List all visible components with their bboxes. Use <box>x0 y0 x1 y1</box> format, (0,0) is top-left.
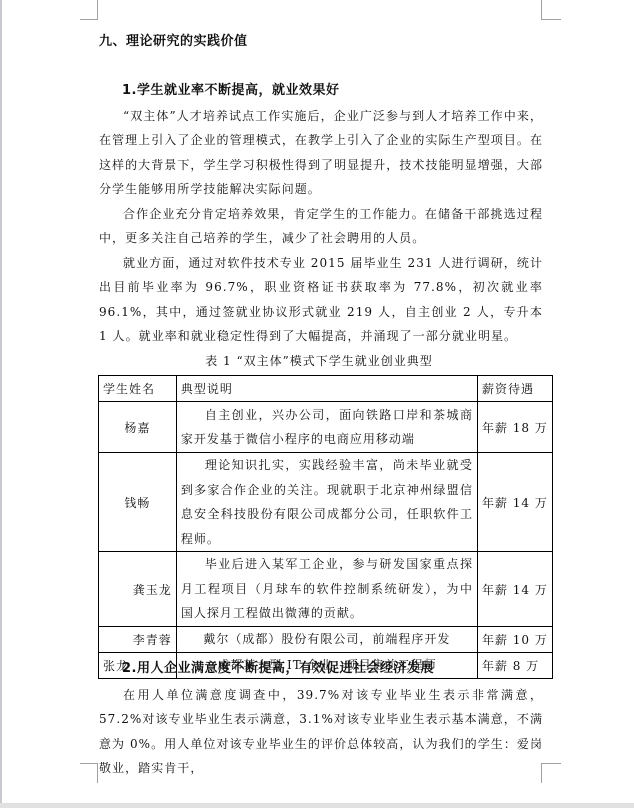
cell-salary: 年薪 14 万 <box>477 552 552 627</box>
column-header-name: 学生姓名 <box>99 376 177 402</box>
cell-name: 李青蓉 <box>99 627 177 653</box>
document-page: 九、理论研究的实践价值 1.学生就业率不断提高，就业效果好 “双主体”人才培养试… <box>0 0 634 803</box>
subsection-title-1: 1.学生就业率不断提高，就业效果好 <box>122 79 339 98</box>
cell-description: 毕业后进入某军工企业，参与研发国家重点探月工程项目（月球车的软件控制系统研发），… <box>176 552 477 627</box>
table-row: 杨嘉 自主创业，兴办公司，面向铁路口岸和茶城商家开发基于微信小程序的电商应用移动… <box>99 402 553 453</box>
body-paragraph: “双主体”人才培养试点工作实施后，企业广泛参与到人才培养工作中来，在管理上引入了… <box>99 104 543 202</box>
employment-typical-table: 学生姓名 典型说明 薪资待遇 杨嘉 自主创业，兴办公司，面向铁路口岸和茶城商家开… <box>98 375 553 679</box>
cell-name: 龚玉龙 <box>99 552 177 627</box>
column-header-salary: 薪资待遇 <box>477 376 552 402</box>
cell-description: 自主创业，兴办公司，面向铁路口岸和茶城商家开发基于微信小程序的电商应用移动端 <box>176 402 477 453</box>
cell-salary: 年薪 18 万 <box>477 402 552 453</box>
subsection-title-2: 2.用人企业满意度不断提高，有效促进社会经济发展 <box>122 657 434 676</box>
cell-salary: 年薪 8 万 <box>477 652 552 678</box>
body-paragraph: 在用人单位满意度调查中，39.7%对该专业毕业生表示非常满意，57.2%对该专业… <box>99 683 543 781</box>
body-paragraph: 合作企业充分肯定培养效果，肯定学生的工作能力。在储备干部挑选过程中，更多关注自己… <box>99 202 543 251</box>
cell-description: 理论知识扎实，实践经验丰富，尚未毕业就受到多家合作企业的关注。现就职于北京神州绿… <box>176 453 477 552</box>
body-paragraph: 就业方面，通过对软件技术专业 2015 届毕业生 231 人进行调研，统计出目前… <box>99 251 543 349</box>
table-caption: 表 1 “双主体”模式下学生就业创业典型 <box>2 352 634 369</box>
table-row: 李青蓉 戴尔（成都）股份有限公司，前端程序开发 年薪 10 万 <box>99 627 553 653</box>
section-heading: 九、理论研究的实践价值 <box>99 30 248 49</box>
cell-salary: 年薪 10 万 <box>477 627 552 653</box>
table-row: 钱畅 理论知识扎实，实践经验丰富，尚未毕业就受到多家合作企业的关注。现就职于北京… <box>99 453 553 552</box>
margin-corner-mark-bottom-right <box>541 763 561 783</box>
margin-corner-mark-bottom-left <box>80 763 98 783</box>
cell-name: 杨嘉 <box>99 402 177 453</box>
column-header-description: 典型说明 <box>176 376 477 402</box>
table-row: 龚玉龙 毕业后进入某军工企业，参与研发国家重点探月工程项目（月球车的软件控制系统… <box>99 552 553 627</box>
table-header-row: 学生姓名 典型说明 薪资待遇 <box>99 376 553 402</box>
cell-salary: 年薪 14 万 <box>477 453 552 552</box>
cell-name: 钱畅 <box>99 453 177 552</box>
margin-corner-mark-top-left <box>80 0 98 20</box>
cell-description: 戴尔（成都）股份有限公司，前端程序开发 <box>176 627 477 653</box>
margin-corner-mark-top-right <box>541 0 561 20</box>
